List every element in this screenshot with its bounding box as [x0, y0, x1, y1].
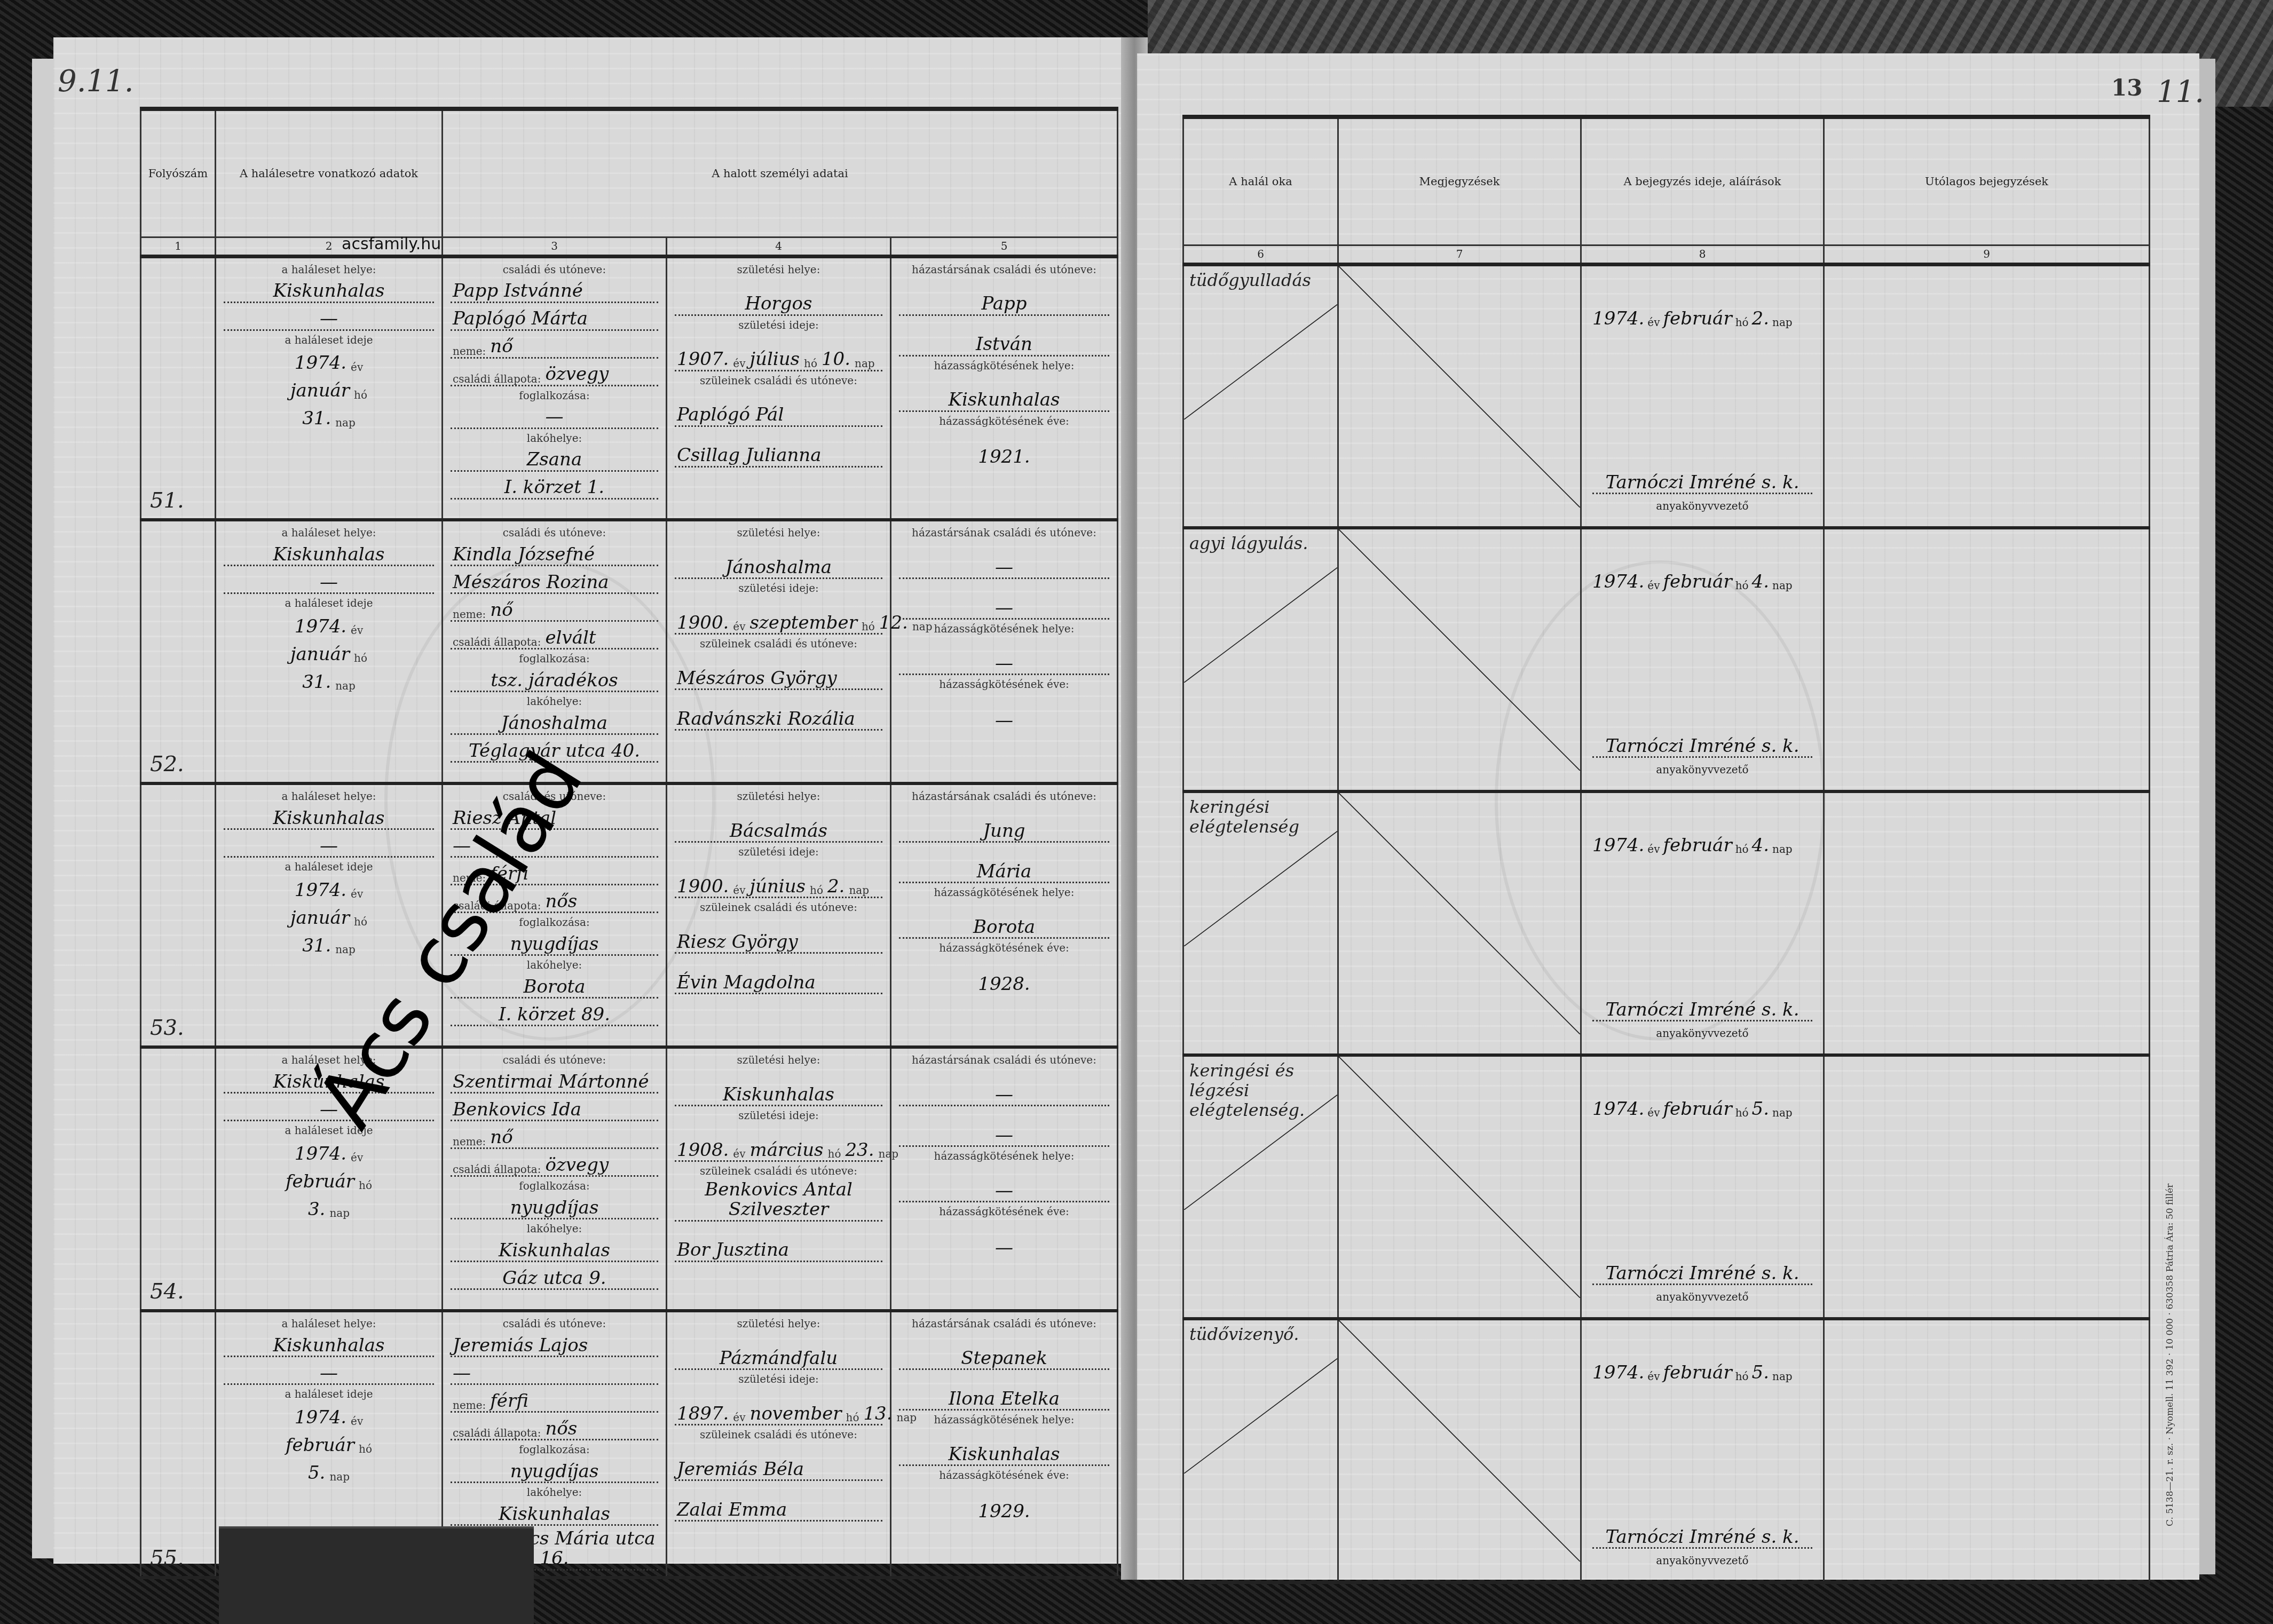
- spouse-name-1: —: [995, 1085, 1013, 1105]
- birth-cell: születési helye: Kiskunhalas születési i…: [667, 1047, 891, 1311]
- cancel-stroke-icon: [1339, 793, 1580, 1034]
- registrar-label: anyakönyvvezető: [1582, 500, 1823, 512]
- registrar-signature-line: Tarnóczi Imréné s. k.: [1592, 1264, 1812, 1285]
- day-unit: nap: [335, 943, 356, 956]
- death-place-extra: —: [320, 309, 338, 329]
- year-unit: év: [733, 620, 745, 633]
- death-place-extra: —: [320, 573, 338, 592]
- entry-date: 1974.év februárhó 5.nap: [1592, 1363, 1812, 1383]
- death-place-extra: —: [320, 836, 338, 856]
- month-unit: hó: [1735, 843, 1749, 855]
- name-line-2: Mészáros Rozina: [453, 573, 609, 592]
- column-number: 9: [1824, 245, 2150, 264]
- marriage-year-label: házasságkötésének éve:: [899, 1206, 1109, 1217]
- day-unit: nap: [329, 1470, 350, 1483]
- day-unit: nap: [1772, 1370, 1793, 1383]
- month-unit: hó: [354, 915, 367, 928]
- entry-cell: 1974.év februárhó 5.nap Tarnóczi Imréné …: [1581, 1319, 1824, 1582]
- entry-month: február: [1663, 836, 1732, 855]
- entry-month: február: [1663, 572, 1732, 592]
- month-unit: hó: [359, 1443, 372, 1455]
- day-unit: nap: [1772, 843, 1793, 855]
- marriage-year-label: házasságkötésének éve:: [899, 415, 1109, 427]
- father-name: Riesz György: [677, 932, 798, 952]
- record-row-right: agyi lágyulás. 1974.év februárhó 4.nap T…: [1183, 528, 2150, 791]
- marriage-place-label: házasságkötésének helye:: [899, 886, 1109, 898]
- cause-of-death: agyi lágyulás.: [1184, 529, 1337, 558]
- later-entries-cell: [1824, 1055, 2150, 1319]
- birth-year: 1900.: [677, 613, 729, 633]
- birth-cell: születési helye: Pázmándfalu születési i…: [667, 1311, 891, 1578]
- cause-cell: keringési és légzési elégtelenség.: [1183, 1055, 1338, 1319]
- month-unit: hó: [1735, 579, 1749, 592]
- birth-cell: születési helye: Jánoshalma születési id…: [667, 520, 891, 783]
- death-place-label: a haláleset helye:: [224, 264, 434, 275]
- death-place-label: a haláleset helye:: [224, 790, 434, 802]
- registrar-label: anyakönyvvezető: [1582, 1290, 1823, 1303]
- birth-day: 10.: [822, 350, 850, 369]
- right-corner-note: 11.: [2157, 75, 2204, 109]
- name-line-2: Benkovics Ida: [453, 1100, 581, 1120]
- record-row-right: tüdővizenyő. 1974.év februárhó 5.nap Tar…: [1183, 1319, 2150, 1582]
- residence-address: I. körzet 89.: [499, 1005, 610, 1025]
- entry-cell: 1974.év februárhó 4.nap Tarnóczi Imréné …: [1581, 528, 1824, 791]
- header-remarks: Megjegyzések: [1338, 117, 1581, 245]
- later-entries-cell: [1824, 264, 2150, 528]
- residence-label: lakóhelye:: [451, 432, 658, 444]
- identity-cell: családi és utóneve: Szentirmai Mártonné …: [443, 1047, 667, 1311]
- name-line-1: Papp Istvánné: [453, 281, 583, 301]
- sex-label: neme:: [453, 1399, 486, 1411]
- entry-month: február: [1663, 309, 1732, 329]
- entry-month: február: [1663, 1099, 1732, 1119]
- residence-value: Borota: [523, 977, 585, 997]
- month-unit: hó: [846, 1411, 859, 1424]
- registrar-signature: Tarnóczi Imréné s. k.: [1592, 1000, 1812, 1020]
- entry-year: 1974.: [1592, 836, 1644, 855]
- spouse-label: házastársának családi és utóneve:: [899, 527, 1109, 538]
- spouse-name-1: Papp: [981, 294, 1027, 314]
- birth-place-value: Bácsalmás: [730, 821, 827, 841]
- spouse-name-1: —: [995, 558, 1013, 577]
- marriage-place-label: házasságkötésének helye:: [899, 623, 1109, 635]
- month-unit: hó: [354, 652, 367, 664]
- birth-place-label: születési helye:: [675, 1054, 882, 1066]
- death-place-value: Kiskunhalas: [273, 545, 385, 565]
- registrar-signature-line: Tarnóczi Imréné s. k.: [1592, 1000, 1812, 1021]
- birth-place-label: születési helye:: [675, 264, 882, 275]
- cancel-stroke-icon: [1339, 529, 1580, 771]
- residence-label: lakóhelye:: [451, 695, 658, 707]
- entry-day: 2.: [1752, 309, 1769, 329]
- marriage-place-value: —: [995, 1181, 1013, 1201]
- sex-label: neme:: [453, 1136, 486, 1147]
- printer-imprint: C. 5138—21. r. sz. · Nyomell. 11 392 · 1…: [2165, 1184, 2175, 1526]
- birth-year: 1897.: [677, 1404, 729, 1424]
- father-name: Benkovics Antal Szilveszter: [677, 1180, 880, 1220]
- death-day: 3.: [308, 1200, 325, 1219]
- entry-month: február: [1663, 1363, 1732, 1383]
- parents-label: szüleinek családi és utóneve:: [675, 901, 882, 913]
- death-place-label: a haláleset helye:: [224, 527, 434, 538]
- column-number: 7: [1338, 245, 1581, 264]
- spouse-label: házastársának családi és utóneve:: [899, 1318, 1109, 1329]
- header-personal-data: A halott személyi adatai: [443, 109, 1118, 237]
- header-cause-of-death: A halál oka: [1183, 117, 1338, 245]
- marriage-year-value: 1928.: [978, 975, 1030, 994]
- column-number: 5: [891, 237, 1118, 256]
- sex-label: neme:: [453, 608, 486, 620]
- year-unit: év: [733, 884, 745, 897]
- marital-label: családi állapota:: [453, 1163, 541, 1175]
- sequence-cell: 53.: [141, 783, 216, 1047]
- registrar-signature: Tarnóczi Imréné s. k.: [1592, 736, 1812, 756]
- spouse-cell: házastársának családi és utóneve: Jung M…: [891, 783, 1118, 1047]
- day-unit: nap: [335, 416, 356, 429]
- residence-label: lakóhelye:: [451, 1486, 658, 1498]
- spouse-cell: házastársának családi és utóneve: — — há…: [891, 520, 1118, 783]
- parents-label: szüleinek családi és utóneve:: [675, 375, 882, 386]
- residence-label: lakóhelye:: [451, 1223, 658, 1234]
- cause-cell: agyi lágyulás.: [1183, 528, 1338, 791]
- death-place-value: Kiskunhalas: [273, 809, 385, 828]
- birth-date-label: születési ideje:: [675, 846, 882, 858]
- death-place-extra: —: [320, 1364, 338, 1383]
- name-line-1: Szentirmai Mártonné: [453, 1072, 649, 1092]
- record-row: 54. a haláleset helye: Kiskunhalas — a h…: [141, 1047, 1118, 1311]
- right-page-edge: [2199, 59, 2215, 1574]
- entry-year: 1974.: [1592, 309, 1644, 329]
- occupation-label: foglalkozása:: [451, 390, 658, 401]
- entry-cell: 1974.év februárhó 4.nap Tarnóczi Imréné …: [1581, 791, 1824, 1055]
- column-number: 4: [667, 237, 891, 256]
- birth-month: március: [749, 1140, 823, 1160]
- death-year: 1974.: [295, 1144, 346, 1164]
- marital-label: családi állapota:: [453, 636, 541, 648]
- birth-year: 1907.: [677, 350, 729, 369]
- marriage-year-value: —: [995, 711, 1013, 731]
- marriage-year-value: 1921.: [978, 447, 1030, 467]
- death-day: 5.: [308, 1463, 325, 1483]
- day-unit: nap: [329, 1207, 350, 1219]
- month-unit: hó: [804, 357, 817, 370]
- spouse-name-2: Ilona Etelka: [949, 1389, 1060, 1409]
- registrar-signature: Tarnóczi Imréné s. k.: [1592, 1264, 1812, 1284]
- birth-date-label: születési ideje:: [675, 319, 882, 331]
- birth-cell: születési helye: Horgos születési ideje:…: [667, 256, 891, 520]
- residence-value: Zsana: [527, 450, 582, 470]
- spouse-name-1: Stepanek: [961, 1349, 1047, 1368]
- death-place-label: a haláleset helye:: [224, 1318, 434, 1329]
- birth-place-value: Kiskunhalas: [723, 1085, 834, 1105]
- death-day: 31.: [302, 672, 331, 692]
- occupation-value: nyugdíjas: [510, 934, 599, 954]
- sex-label: neme:: [453, 345, 486, 357]
- year-unit: év: [351, 624, 363, 637]
- record-row: 51. a haláleset helye: Kiskunhalas — a h…: [141, 256, 1118, 520]
- entry-year: 1974.: [1592, 1099, 1644, 1119]
- name-line-1: Jeremiás Lajos: [453, 1336, 588, 1356]
- entry-date: 1974.év februárhó 5.nap: [1592, 1099, 1812, 1119]
- marriage-place-label: házasságkötésének helye:: [899, 360, 1109, 371]
- entry-cell: 1974.év februárhó 2.nap Tarnóczi Imréné …: [1581, 264, 1824, 528]
- death-year: 1974.: [295, 881, 346, 900]
- birth-month: június: [749, 877, 806, 897]
- death-time-label: a haláleset ideje: [224, 334, 434, 346]
- death-data-cell: a haláleset helye: Kiskunhalas — a halál…: [216, 520, 443, 783]
- year-unit: év: [1647, 316, 1660, 329]
- birth-place-value: Horgos: [745, 294, 812, 314]
- death-year: 1974.: [295, 617, 346, 637]
- birth-year: 1900.: [677, 877, 729, 897]
- marital-label: családi állapota:: [453, 373, 541, 385]
- birth-place-label: születési helye:: [675, 790, 882, 802]
- month-unit: hó: [1735, 1106, 1749, 1119]
- registrar-signature-line: Tarnóczi Imréné s. k.: [1592, 473, 1812, 494]
- death-data-cell: a haláleset helye: Kiskunhalas — a halál…: [216, 256, 443, 520]
- name-label: családi és utóneve:: [451, 1054, 658, 1066]
- header-entry-date-signatures: A bejegyzés ideje, aláírások: [1581, 117, 1824, 245]
- cancel-stroke-icon: [1339, 266, 1580, 508]
- occupation-label: foglalkozása:: [451, 653, 658, 664]
- header-folyoszam: Folyószám: [141, 109, 216, 237]
- parents-label: szüleinek családi és utóneve:: [675, 638, 882, 649]
- sequence-cell: 55.: [141, 1311, 216, 1578]
- registrar-signature: Tarnóczi Imréné s. k.: [1592, 473, 1812, 493]
- watermark-site: acsfamily.hu: [342, 235, 441, 253]
- year-unit: év: [1647, 579, 1660, 592]
- birth-month: július: [749, 350, 800, 369]
- remarks-cell: [1338, 264, 1581, 528]
- birth-day: 23.: [845, 1140, 874, 1160]
- cause-cell: tüdőgyulladás: [1183, 264, 1338, 528]
- entry-year: 1974.: [1592, 572, 1644, 592]
- marital-value: nős: [545, 1419, 577, 1439]
- birth-year: 1908.: [677, 1140, 729, 1160]
- month-unit: hó: [359, 1179, 372, 1192]
- remarks-cell: [1338, 1319, 1581, 1582]
- column-number: 8: [1581, 245, 1824, 264]
- residence-value: Kiskunhalas: [499, 1504, 610, 1524]
- remarks-cell: [1338, 1055, 1581, 1319]
- marital-label: családi állapota:: [453, 1427, 541, 1439]
- marriage-place-value: Kiskunhalas: [949, 390, 1060, 410]
- spouse-name-1: Jung: [983, 821, 1025, 841]
- year-unit: év: [351, 1415, 363, 1428]
- identity-cell: családi és utóneve: Kindla Józsefné Mész…: [443, 520, 667, 783]
- spouse-cell: házastársának családi és utóneve: Papp I…: [891, 256, 1118, 520]
- record-row-right: keringési elégtelenség 1974.év februárhó…: [1183, 791, 2150, 1055]
- sequence-number: 53.: [150, 1016, 184, 1040]
- sequence-number: 51.: [150, 488, 184, 513]
- birth-date-label: születési ideje:: [675, 582, 882, 594]
- entry-year: 1974.: [1592, 1363, 1644, 1383]
- sequence-cell: 52.: [141, 520, 216, 783]
- occupation-label: foglalkozása:: [451, 1444, 658, 1455]
- death-month: február: [286, 1436, 354, 1455]
- spouse-cell: házastársának családi és utóneve: Stepan…: [891, 1311, 1118, 1578]
- registrar-signature: Tarnóczi Imréné s. k.: [1592, 1527, 1812, 1547]
- birth-day: 13.: [863, 1404, 892, 1424]
- name-line-2: Paplógó Márta: [453, 309, 588, 329]
- death-year: 1974.: [295, 1408, 346, 1428]
- record-row-right: tüdőgyulladás 1974.év februárhó 2.nap Ta…: [1183, 264, 2150, 528]
- death-day: 31.: [302, 936, 331, 956]
- marriage-place-value: —: [995, 654, 1013, 674]
- month-unit: hó: [354, 389, 367, 401]
- month-unit: hó: [1735, 1370, 1749, 1383]
- year-unit: év: [351, 888, 363, 900]
- entry-date: 1974.év februárhó 4.nap: [1592, 836, 1812, 855]
- registrar-label: anyakönyvvezető: [1582, 763, 1823, 776]
- mother-name: Radvánszki Rozália: [677, 709, 855, 729]
- birth-place-value: Jánoshalma: [725, 558, 832, 577]
- sex-value: nő: [490, 1128, 512, 1147]
- mother-name: Zalai Emma: [677, 1500, 787, 1520]
- cause-of-death: tüdőgyulladás: [1184, 266, 1337, 295]
- spouse-name-2: Mária: [977, 862, 1031, 882]
- left-register-table: Folyószám A halálesetre vonatkozó adatok…: [140, 107, 1118, 1579]
- registrar-label: anyakönyvvezető: [1582, 1554, 1823, 1567]
- year-unit: év: [1647, 1370, 1660, 1383]
- year-unit: év: [733, 357, 745, 370]
- sequence-number: 54.: [150, 1279, 184, 1304]
- cause-of-death: keringési elégtelenség: [1184, 793, 1337, 841]
- sex-value: férfi: [490, 1391, 528, 1411]
- marriage-year-label: házasságkötésének éve:: [899, 1469, 1109, 1481]
- parents-label: szüleinek családi és utóneve:: [675, 1165, 882, 1177]
- death-month: január: [290, 381, 350, 401]
- record-row: 53. a haláleset helye: Kiskunhalas — a h…: [141, 783, 1118, 1047]
- registrar-signature-line: Tarnóczi Imréné s. k.: [1592, 736, 1812, 758]
- sequence-number: 52.: [150, 752, 184, 777]
- marriage-place-value: Borota: [973, 917, 1035, 937]
- entry-date: 1974.év februárhó 4.nap: [1592, 572, 1812, 592]
- entry-date: 1974.év februárhó 2.nap: [1592, 309, 1812, 329]
- day-unit: nap: [855, 357, 875, 370]
- sequence-cell: 51.: [141, 256, 216, 520]
- sex-value: nő: [490, 337, 512, 357]
- birth-day: 2.: [827, 877, 845, 897]
- spouse-label: házastársának családi és utóneve:: [899, 790, 1109, 802]
- marital-value: nős: [545, 892, 577, 912]
- birth-place-label: születési helye:: [675, 527, 882, 538]
- residence-address: I. körzet 1.: [504, 478, 604, 497]
- year-unit: év: [733, 1147, 745, 1160]
- occupation-value: nyugdíjas: [510, 1462, 599, 1482]
- page-number: 13: [2111, 75, 2142, 101]
- marriage-year-label: házasságkötésének éve:: [899, 678, 1109, 690]
- birth-place-value: Pázmándfalu: [720, 1349, 838, 1368]
- residence-address: Gáz utca 9.: [502, 1269, 606, 1288]
- death-time-label: a haláleset ideje: [224, 861, 434, 873]
- cancel-stroke-icon: [1339, 1057, 1580, 1298]
- marriage-place-label: házasságkötésének helye:: [899, 1414, 1109, 1425]
- cancel-stroke-icon: [1339, 1320, 1580, 1562]
- birth-month: november: [749, 1404, 841, 1424]
- record-row: 52. a haláleset helye: Kiskunhalas — a h…: [141, 520, 1118, 783]
- entry-cell: 1974.év februárhó 5.nap Tarnóczi Imréné …: [1581, 1055, 1824, 1319]
- month-unit: hó: [1735, 316, 1749, 329]
- marital-value: elvált: [545, 628, 596, 648]
- registrar-signature-line: Tarnóczi Imréné s. k.: [1592, 1527, 1812, 1549]
- death-time-label: a haláleset ideje: [224, 1388, 434, 1400]
- marriage-year-value: 1929.: [978, 1502, 1030, 1522]
- death-month: január: [290, 645, 350, 664]
- cause-cell: tüdővizenyő.: [1183, 1319, 1338, 1582]
- later-entries-cell: [1824, 528, 2150, 791]
- father-name: Paplógó Pál: [677, 405, 784, 425]
- day-unit: nap: [1772, 1106, 1793, 1119]
- later-entries-cell: [1824, 791, 2150, 1055]
- record-row-right: keringési és légzési elégtelenség. 1974.…: [1183, 1055, 2150, 1319]
- spouse-name-2: István: [976, 335, 1032, 354]
- column-number: 3: [443, 237, 667, 256]
- identity-cell: családi és utóneve: Papp Istvánné Paplóg…: [443, 256, 667, 520]
- name-line-2: —: [453, 1364, 471, 1383]
- month-unit: hó: [828, 1147, 841, 1160]
- sex-value: nő: [490, 600, 512, 620]
- sequence-number: 55.: [150, 1546, 184, 1571]
- birth-month: szeptember: [749, 613, 857, 633]
- occupation-value: tsz. járadékos: [491, 671, 618, 691]
- sequence-cell: 54.: [141, 1047, 216, 1311]
- spouse-name-2: —: [995, 598, 1013, 618]
- spouse-label: házastársának családi és utóneve:: [899, 264, 1109, 275]
- name-label: családi és utóneve:: [451, 1318, 658, 1329]
- name-line-1: Kindla Józsefné: [453, 545, 595, 565]
- year-unit: év: [1647, 843, 1660, 855]
- marital-value: özvegy: [545, 365, 609, 384]
- occupation-label: foglalkozása:: [451, 1180, 658, 1192]
- birth-cell: születési helye: Bácsalmás születési ide…: [667, 783, 891, 1047]
- entry-day: 5.: [1752, 1363, 1769, 1383]
- birth-place-label: születési helye:: [675, 1318, 882, 1329]
- remarks-cell: [1338, 528, 1581, 791]
- death-place-value: Kiskunhalas: [273, 281, 385, 301]
- death-day: 31.: [302, 409, 331, 429]
- year-unit: év: [351, 1151, 363, 1164]
- cause-cell: keringési elégtelenség: [1183, 791, 1338, 1055]
- death-month: február: [286, 1172, 354, 1192]
- residence-value: Jánoshalma: [501, 714, 607, 733]
- header-later-entries: Utólagos bejegyzések: [1824, 117, 2150, 245]
- father-name: Mészáros György: [677, 669, 837, 688]
- parents-label: szüleinek családi és utóneve:: [675, 1429, 882, 1440]
- entry-day: 4.: [1752, 572, 1769, 592]
- cause-of-death: keringési és légzési elégtelenség.: [1184, 1057, 1337, 1124]
- spouse-label: házastársának családi és utóneve:: [899, 1054, 1109, 1066]
- death-month: január: [290, 908, 350, 928]
- spouse-cell: házastársának családi és utóneve: — — há…: [891, 1047, 1118, 1311]
- remarks-cell: [1338, 791, 1581, 1055]
- death-year: 1974.: [295, 353, 346, 373]
- left-corner-note: 9.11.: [58, 64, 134, 99]
- mother-name: Csillag Julianna: [677, 446, 822, 465]
- header-death-data: A halálesetre vonatkozó adatok: [216, 109, 443, 237]
- birth-date-label: születési ideje:: [675, 1110, 882, 1121]
- day-unit: nap: [1772, 316, 1793, 329]
- birth-date-label: születési ideje:: [675, 1373, 882, 1385]
- marriage-year-value: —: [995, 1238, 1013, 1258]
- cause-of-death: tüdővizenyő.: [1184, 1320, 1337, 1349]
- marriage-year-label: házasságkötésének éve:: [899, 942, 1109, 954]
- residence-value: Kiskunhalas: [499, 1241, 610, 1261]
- occupation-value: nyugdíjas: [510, 1198, 599, 1218]
- name-label: családi és utóneve:: [451, 527, 658, 538]
- day-unit: nap: [335, 679, 356, 692]
- occupation-value: —: [546, 407, 564, 427]
